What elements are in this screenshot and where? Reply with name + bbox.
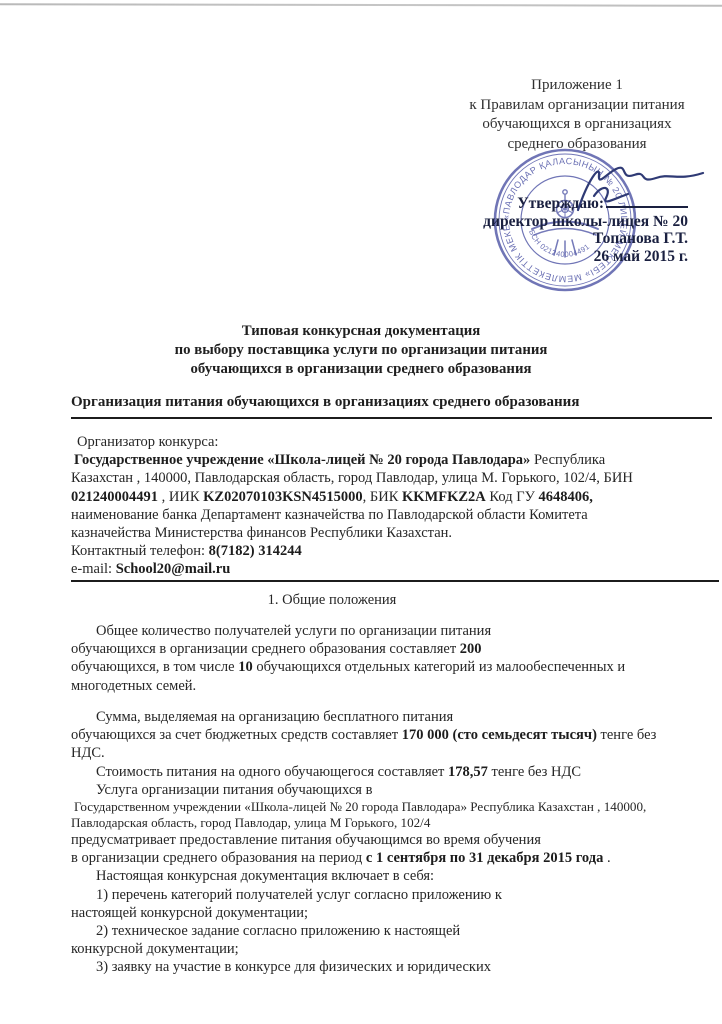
text-segment: Контактный телефон: (71, 543, 209, 559)
document-title: Типовая конкурсная документацияпо выбору… (0, 322, 722, 379)
approval-line: 26 май 2015 г. (400, 248, 688, 266)
text-segment: казначейства Министерства финансов Респу… (71, 525, 452, 541)
text-segment: Общее количество получателей услуги по о… (96, 623, 491, 639)
text-segment: многодетных семей. (71, 678, 196, 694)
text-line: Услуга организации питания обучающихся в (71, 781, 719, 799)
text-segment: Казахстан , 140000, Павлодарская область… (71, 470, 633, 486)
text-segment: KZ02070103KSN4515000 (203, 489, 363, 505)
text-line: Государственное учреждение «Школа-лицей … (71, 451, 719, 469)
text-segment: Настоящая конкурсная документация включа… (96, 868, 434, 884)
text-segment: предусматривает предоставление питания о… (71, 832, 541, 848)
text-line: НДС. (71, 744, 719, 762)
text-segment: 2) техническое задание согласно приложен… (96, 923, 460, 939)
paragraph-funding-and-contents: Сумма, выделяемая на организацию бесплат… (71, 708, 719, 977)
text-segment: Организатор конкурса: (77, 434, 218, 450)
text-line: Стоимость питания на одного обучающегося… (71, 763, 719, 781)
text-line: обучающихся в организации среднего образ… (0, 360, 722, 379)
text-segment: Государственном учреждении «Школа-лицей … (74, 799, 646, 814)
text-segment: 170 000 (сто семьдесят тысяч) (402, 727, 597, 743)
text-line: Общее количество получателей услуги по о… (71, 622, 719, 640)
text-line: Контактный телефон: 8(7182) 314244 (71, 542, 719, 560)
approval-line: Топанова Г.Т. (400, 230, 688, 248)
text-segment: 4648406, (538, 489, 592, 505)
handwritten-signature (572, 158, 708, 220)
text-segment: 8(7182) 314244 (209, 543, 302, 559)
text-segment: конкурсной документации; (71, 941, 239, 957)
text-segment: наименование банка Департамент казначейс… (71, 507, 588, 523)
general-provisions-heading: 1. Общие положения (0, 592, 664, 609)
text-segment: обучающихся отдельных категорий из малоо… (253, 659, 626, 675)
text-segment: 10 (238, 659, 253, 675)
text-segment: обучающихся за счет бюджетных средств со… (71, 727, 402, 743)
text-segment: тенге без (597, 727, 657, 743)
text-segment: обучающихся в организации среднего образ… (71, 641, 460, 657)
text-segment: Республика (530, 452, 605, 468)
scan-edge-line (0, 3, 722, 7)
text-line: казначейства Министерства финансов Респу… (71, 524, 719, 542)
paragraph-recipients: Общее количество получателей услуги по о… (71, 622, 719, 695)
text-line: обучающихся в организации среднего образ… (71, 640, 719, 658)
text-line: Организатор конкурса: (71, 433, 719, 451)
text-segment: 3) заявку на участие в конкурсе для физи… (96, 959, 491, 975)
text-segment: Государственное учреждение «Школа-лицей … (74, 452, 530, 468)
text-line: многодетных семей. (71, 677, 719, 695)
text-line: 3) заявку на участие в конкурсе для физи… (71, 958, 719, 976)
text-line: по выбору поставщика услуги по организац… (0, 341, 722, 360)
text-segment: e-mail: (71, 561, 116, 577)
text-segment: 200 (460, 641, 482, 657)
text-line: Павлодарская область, город Павлодар, ул… (71, 815, 719, 831)
text-segment: Стоимость питания на одного обучающегося… (96, 764, 448, 780)
scanned-document-page: Приложение 1к Правилам организации питан… (0, 0, 722, 1024)
text-segment: , БИК (363, 489, 402, 505)
text-segment: Услуга организации питания обучающихся в (96, 782, 372, 798)
text-segment: Код ГУ (486, 489, 539, 505)
text-line: обучающихся за счет бюджетных средств со… (71, 726, 719, 744)
text-line: Государственном учреждении «Школа-лицей … (71, 799, 719, 815)
text-segment: School20@mail.ru (116, 561, 231, 577)
text-segment: Сумма, выделяемая на организацию бесплат… (96, 709, 453, 725)
text-segment: с 1 сентября по 31 декабря 2015 года (366, 850, 603, 866)
text-segment: 021240004491 (71, 489, 158, 505)
section-heading: Организация питания обучающихся в органи… (71, 394, 712, 419)
text-segment: НДС. (71, 745, 105, 761)
annex-reference-block: Приложение 1к Правилам организации питан… (437, 76, 717, 154)
text-line: Настоящая конкурсная документация включа… (71, 867, 719, 885)
text-segment: 1) перечень категорий получателей услуг … (96, 887, 502, 903)
text-line: обучающихся в организациях (437, 115, 717, 135)
text-segment: настоящей конкурсной документации; (71, 905, 308, 921)
text-line: предусматривает предоставление питания о… (71, 831, 719, 849)
text-line: Казахстан , 140000, Павлодарская область… (71, 469, 719, 487)
text-line: Сумма, выделяемая на организацию бесплат… (71, 708, 719, 726)
text-line: обучающихся, в том числе 10 обучающихся … (71, 658, 719, 676)
text-segment: . (603, 850, 610, 866)
text-segment: , ИИК (158, 489, 203, 505)
text-line: к Правилам организации питания (437, 96, 717, 116)
organizer-paragraph: Организатор конкурса:Государственное учр… (71, 433, 719, 582)
text-line: 2) техническое задание согласно приложен… (71, 922, 719, 940)
text-segment: обучающихся, в том числе (71, 659, 238, 675)
text-segment: в организации среднего образования на пе… (71, 850, 366, 866)
text-line: конкурсной документации; (71, 940, 719, 958)
text-line: в организации среднего образования на пе… (71, 849, 719, 867)
text-segment: Павлодарская область, город Павлодар, ул… (71, 815, 430, 830)
text-line: Приложение 1 (437, 76, 717, 96)
text-line: настоящей конкурсной документации; (71, 904, 719, 922)
text-line: 021240004491 , ИИК KZ02070103KSN4515000,… (71, 488, 719, 506)
text-line: 1) перечень категорий получателей услуг … (71, 886, 719, 904)
text-segment: тенге без НДС (488, 764, 581, 780)
text-segment: KKMFKZ2A (402, 489, 486, 505)
text-line: наименование банка Департамент казначейс… (71, 506, 719, 524)
text-line: Типовая конкурсная документация (0, 322, 722, 341)
text-line: e-mail: School20@mail.ru (71, 560, 719, 578)
text-segment: 178,57 (448, 764, 488, 780)
